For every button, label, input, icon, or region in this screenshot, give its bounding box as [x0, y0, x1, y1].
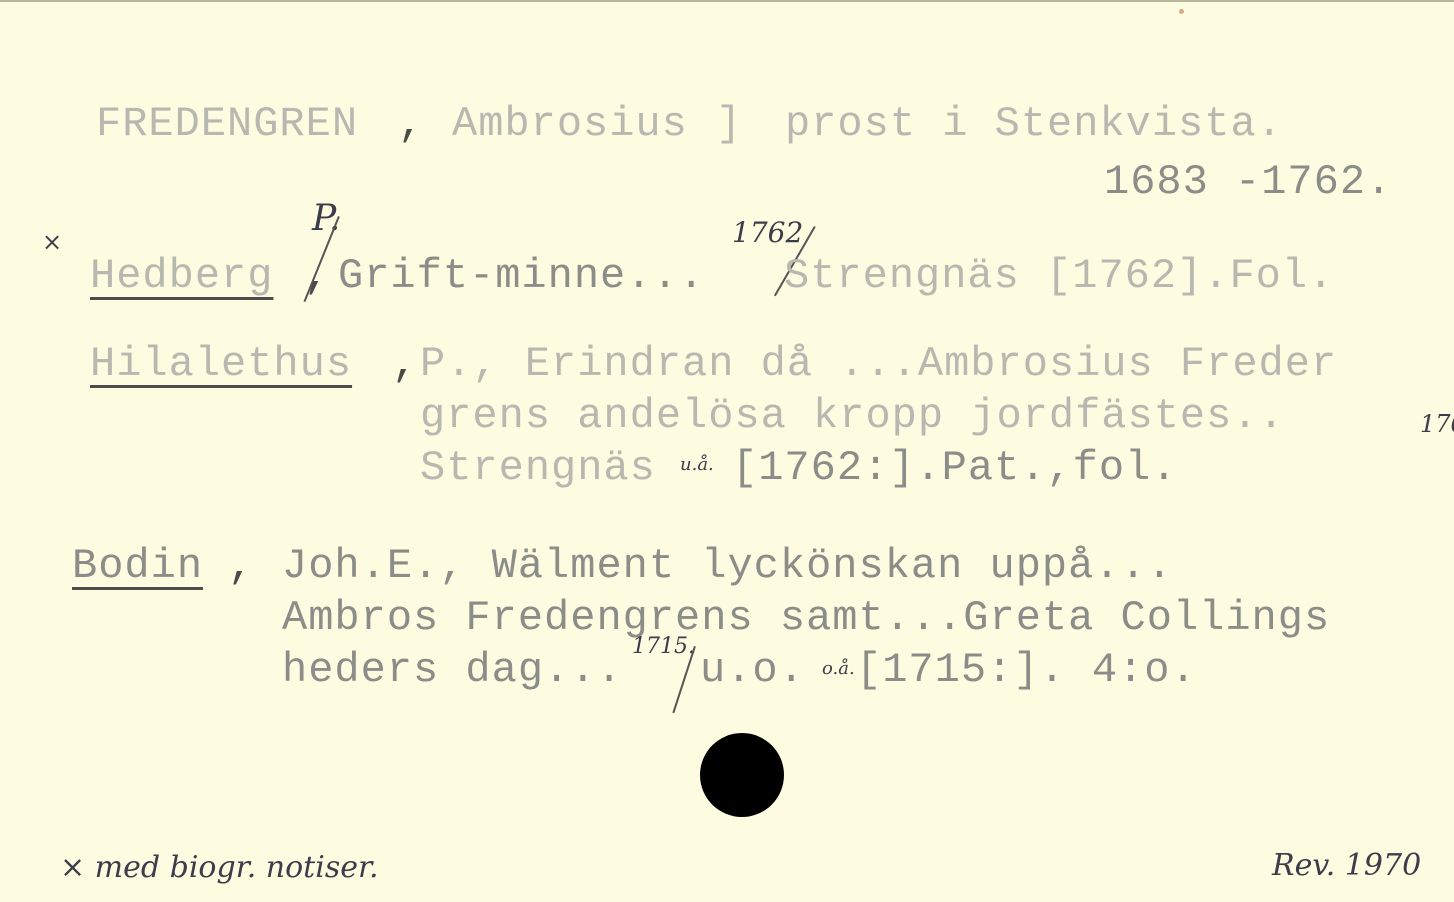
- entry-title-line-2: Ambros Fredengrens samt...Greta Collings: [282, 594, 1330, 642]
- heading-surname: FREDENGREN: [96, 100, 358, 148]
- entry-title-line-2: grens andelösa kropp jordfästes..: [420, 392, 1285, 440]
- entry-imprint-place: Strengnäs: [420, 444, 656, 492]
- handwritten-year: 1762.: [1420, 410, 1454, 438]
- entry-title-line-3: heders dag...: [282, 646, 623, 694]
- handwritten-note: u.å.: [680, 454, 714, 475]
- footer-note: × med biogr. notiser.: [60, 850, 379, 885]
- stain-speck: [1179, 9, 1184, 14]
- heading-description: prost i Stenkvista.: [785, 100, 1283, 148]
- punch-hole: [700, 733, 784, 817]
- heading-bracket: ]: [716, 100, 742, 148]
- entry-author-hedberg: Hedberg: [90, 252, 273, 300]
- heading-given-name: Ambrosius: [452, 100, 688, 148]
- entry-imprint-line: Strengnäs [1762].Fol.: [784, 252, 1334, 300]
- handwritten-note: o.å.: [822, 658, 855, 679]
- heading-comma: ,: [398, 100, 424, 148]
- entry-imprint-prefix: u.o.: [700, 646, 805, 694]
- handwritten-year: 1762: [732, 216, 803, 249]
- entry-author-hilalethus: Hilalethus: [90, 340, 352, 388]
- entry-imprint-line: [1762:].Pat.,fol.: [732, 444, 1177, 492]
- author-comma: ,: [228, 542, 254, 590]
- handwritten-year: 1715.: [632, 634, 695, 659]
- revision-note: Rev. 1970: [1272, 848, 1421, 883]
- entry-marker: ×: [42, 228, 62, 256]
- heading-life-dates: 1683 -1762.: [1104, 158, 1392, 206]
- entry-title-line: Grift-minne...: [338, 252, 705, 300]
- entry-title-line-1: Joh.E., Wälment lyckönskan uppå...: [282, 542, 1173, 590]
- entry-title-line-1: P., Erindran då ...Ambrosius Freder: [420, 340, 1337, 388]
- entry-imprint-line: [1715:]. 4:o.: [856, 646, 1197, 694]
- entry-author-bodin: Bodin: [72, 542, 203, 590]
- catalog-card: FREDENGREN , Ambrosius ] prost i Stenkvi…: [0, 0, 1454, 902]
- author-comma: ,: [392, 340, 418, 388]
